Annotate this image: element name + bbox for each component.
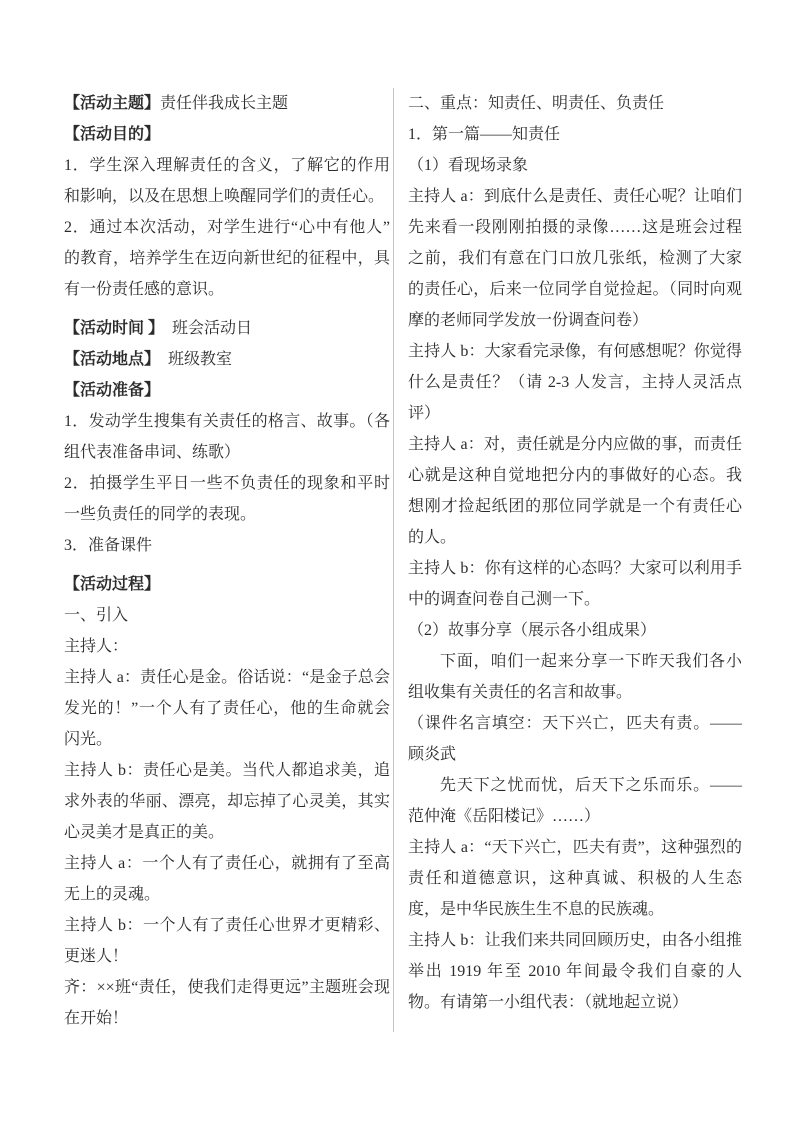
paragraph: 主持人 a：“天下兴亡，匹夫有责”，这种强烈的责任和道德意识，这种真诚、积极的人… [408, 832, 742, 925]
body-text: 主持人 a：“天下兴亡，匹夫有责”，这种强烈的责任和道德意识，这种真诚、积极的人… [408, 839, 742, 918]
section-heading-text: 【活动时间 】 [64, 320, 156, 337]
body-text: 二、重点：知责任、明责任、负责任 [408, 95, 664, 112]
body-text: 1．学生深入理解责任的含义，了解它的作用和影响，以及在思想上唤醒同学们的责任心。 [64, 157, 390, 205]
body-text: 主持人： [64, 638, 128, 655]
paragraph: 下面，咱们一起来分享一下昨天我们各小组收集有关责任的名言和故事。 [408, 646, 742, 708]
paragraph: 二、重点：知责任、明责任、负责任 [408, 88, 742, 119]
paragraph: 【活动时间 】 班会活动日 [64, 313, 390, 344]
paragraph: 齐：××班“责任，使我们走得更远”主题班会现在开始！ [64, 972, 390, 1034]
paragraph: 主持人 b：一个人有了责任心世界才更精彩、更迷人！ [64, 910, 390, 972]
paragraph: （课件名言填空：天下兴亡，匹夫有责。——顾炎武 [408, 708, 742, 770]
body-text: （1）看现场录象 [408, 157, 528, 174]
body-text: 主持人 b：大家看完录像，有何感想呢？你觉得什么是责任？（请 2-3 人发言，主… [408, 343, 742, 422]
body-text: 主持人 a：一个人有了责任心，就拥有了至高无上的灵魂。 [64, 855, 390, 903]
paragraph: 主持人 a：责任心是金。俗话说：“是金子总会发光的！”一个人有了责任心，他的生命… [64, 662, 390, 755]
section-heading-text: 【活动地点】 [64, 351, 152, 368]
paragraph: 主持人 b：让我们来共同回顾历史，由各小组推举出 1919 年至 2010 年间… [408, 925, 742, 1018]
paragraph: 1．第一篇——知责任 [408, 119, 742, 150]
body-text: 一、引入 [64, 607, 128, 624]
left-text-column: 【活动主题】责任伴我成长主题【活动目的】1．学生深入理解责任的含义，了解它的作用… [64, 88, 390, 1034]
section-heading-text: 【活动目的】 [64, 126, 160, 143]
body-text: 下面，咱们一起来分享一下昨天我们各小组收集有关责任的名言和故事。 [408, 653, 742, 701]
paragraph: 【活动过程】 [64, 569, 390, 600]
paragraph: 3．准备课件 [64, 530, 390, 561]
paragraph: 【活动地点】 班级教室 [64, 344, 390, 375]
body-text: 责任伴我成长主题 [160, 95, 288, 112]
body-text: 2．拍摄学生平日一些不负责任的现象和平时一些负责任的同学的表现。 [64, 475, 390, 523]
paragraph: 主持人 b：大家看完录像，有何感想呢？你觉得什么是责任？（请 2-3 人发言，主… [408, 336, 742, 429]
body-text: 3．准备课件 [64, 537, 152, 554]
paragraph: 先天下之忧而忧，后天下之乐而乐。——范仲淹《岳阳楼记》……） [408, 770, 742, 832]
right-text-column: 二、重点：知责任、明责任、负责任1．第一篇——知责任（1）看现场录象主持人 a：… [408, 88, 742, 1018]
paragraph: 主持人 a：到底什么是责任、责任心呢？让咱们先来看一段刚刚拍摄的录像……这是班会… [408, 181, 742, 336]
paragraph: 【活动准备】 [64, 375, 390, 406]
paragraph: （2）故事分享（展示各小组成果） [408, 615, 742, 646]
body-text: （2）故事分享（展示各小组成果） [408, 622, 656, 639]
section-heading-text: 【活动主题】 [64, 95, 160, 112]
body-text: 主持人 b：一个人有了责任心世界才更精彩、更迷人！ [64, 917, 390, 965]
paragraph: 一、引入 [64, 600, 390, 631]
paragraph: 2．通过本次活动，对学生进行“心中有他人”的教育，培养学生在迈向新世纪的征程中，… [64, 212, 390, 305]
body-text: 1．第一篇——知责任 [408, 126, 560, 143]
paragraph: 主持人 a：对，责任就是分内应做的事，而责任心就是这种自觉地把分内的事做好的心态… [408, 429, 742, 553]
body-text: 主持人 b：你有这样的心态吗？大家可以利用手中的调查问卷自己测一下。 [408, 560, 742, 608]
paragraph: 【活动目的】 [64, 119, 390, 150]
body-text: 班会活动日 [156, 320, 252, 337]
section-heading-text: 【活动过程】 [64, 576, 160, 593]
body-text: 主持人 a：对，责任就是分内应做的事，而责任心就是这种自觉地把分内的事做好的心态… [408, 436, 742, 546]
document-page: 【活动主题】责任伴我成长主题【活动目的】1．学生深入理解责任的含义，了解它的作用… [0, 0, 793, 1122]
body-text: 先天下之忧而忧，后天下之乐而乐。——范仲淹《岳阳楼记》……） [408, 777, 742, 825]
paragraph: 1．发动学生搜集有关责任的格言、故事。（各组代表准备串词、练歌） [64, 406, 390, 468]
body-text: 2．通过本次活动，对学生进行“心中有他人”的教育，培养学生在迈向新世纪的征程中，… [64, 219, 390, 298]
body-text: 主持人 a：到底什么是责任、责任心呢？让咱们先来看一段刚刚拍摄的录像……这是班会… [408, 188, 742, 329]
paragraph: 【活动主题】责任伴我成长主题 [64, 88, 390, 119]
body-text: 班级教室 [152, 351, 232, 368]
paragraph: 主持人 b：你有这样的心态吗？大家可以利用手中的调查问卷自己测一下。 [408, 553, 742, 615]
body-text: 主持人 a：责任心是金。俗话说：“是金子总会发光的！”一个人有了责任心，他的生命… [64, 669, 390, 748]
paragraph: 主持人 b：责任心是美。当代人都追求美，追求外表的华丽、漂亮，却忘掉了心灵美，其… [64, 755, 390, 848]
body-text: 主持人 b：责任心是美。当代人都追求美，追求外表的华丽、漂亮，却忘掉了心灵美，其… [64, 762, 390, 841]
body-text: （课件名言填空：天下兴亡，匹夫有责。——顾炎武 [408, 715, 742, 763]
paragraph: （1）看现场录象 [408, 150, 742, 181]
paragraph: 2．拍摄学生平日一些不负责任的现象和平时一些负责任的同学的表现。 [64, 468, 390, 530]
body-text: 1．发动学生搜集有关责任的格言、故事。（各组代表准备串词、练歌） [64, 413, 390, 461]
section-heading-text: 【活动准备】 [64, 382, 160, 399]
paragraph: 主持人 a：一个人有了责任心，就拥有了至高无上的灵魂。 [64, 848, 390, 910]
paragraph: 主持人： [64, 631, 390, 662]
body-text: 主持人 b：让我们来共同回顾历史，由各小组推举出 1919 年至 2010 年间… [408, 932, 742, 1011]
column-divider [393, 88, 394, 1032]
paragraph: 1．学生深入理解责任的含义，了解它的作用和影响，以及在思想上唤醒同学们的责任心。 [64, 150, 390, 212]
body-text: 齐：××班“责任，使我们走得更远”主题班会现在开始！ [64, 979, 390, 1027]
